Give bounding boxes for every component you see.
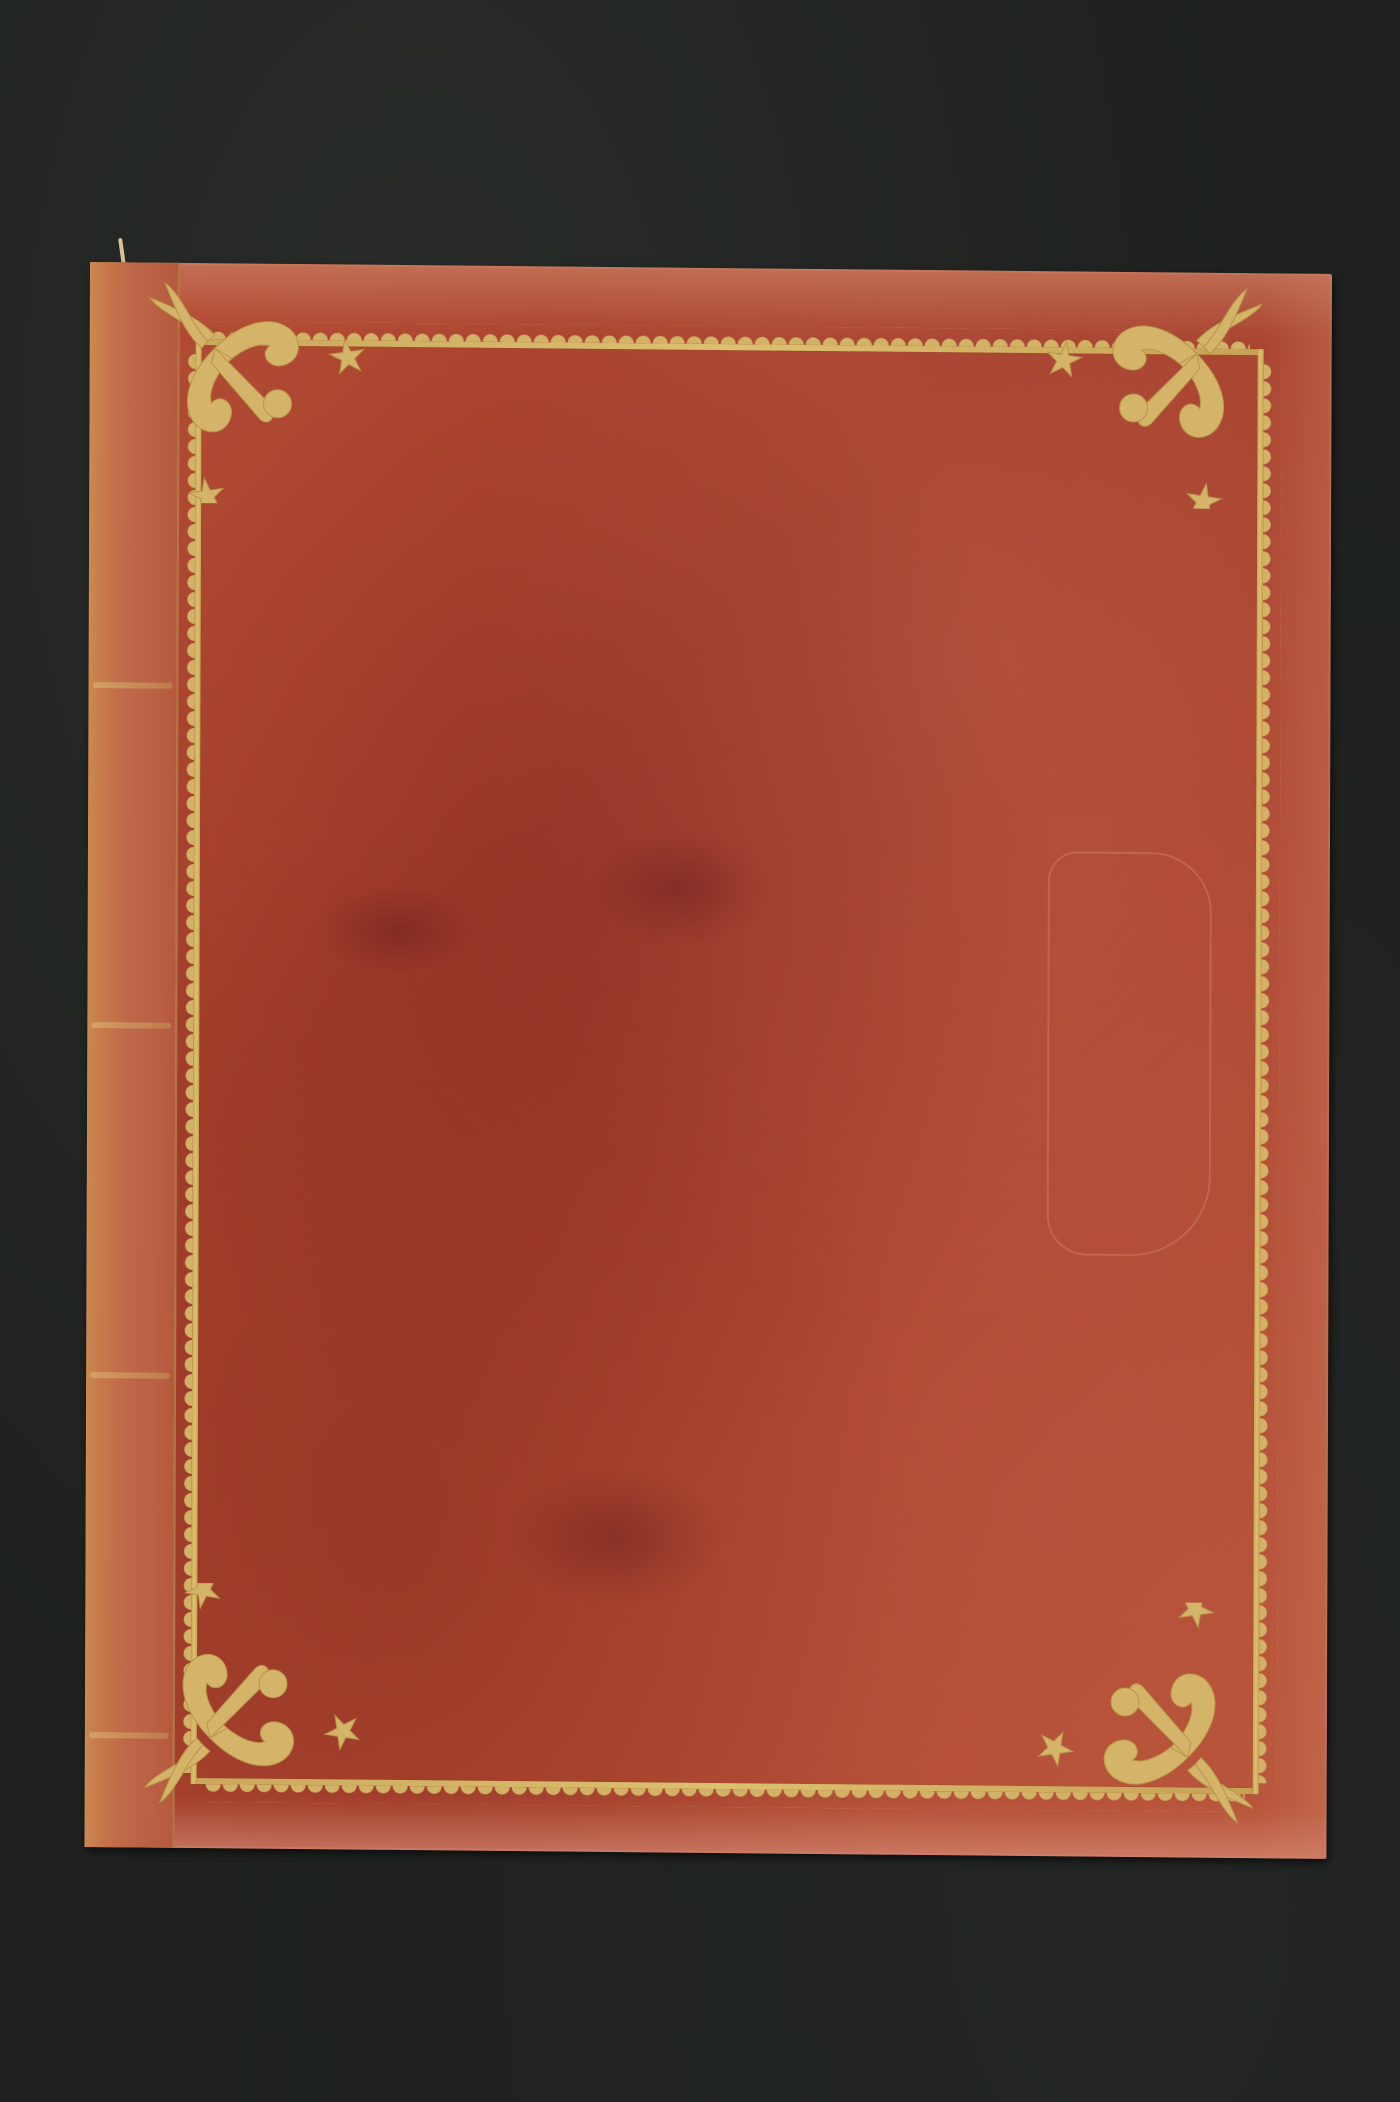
spine-band — [93, 682, 173, 689]
stain — [588, 827, 768, 949]
stain — [318, 884, 478, 976]
fleuron-bottom-right-icon — [1032, 1601, 1283, 1853]
stain — [505, 1466, 725, 1608]
book-cover — [84, 262, 1332, 1859]
fleuron-top-right-icon — [1041, 257, 1292, 509]
spine-band — [90, 1372, 170, 1379]
scuff-mark — [1047, 851, 1212, 1257]
spine-band — [91, 1022, 171, 1029]
fleuron-bottom-left-icon — [115, 1582, 366, 1834]
fleuron-top-left-icon — [119, 252, 370, 504]
